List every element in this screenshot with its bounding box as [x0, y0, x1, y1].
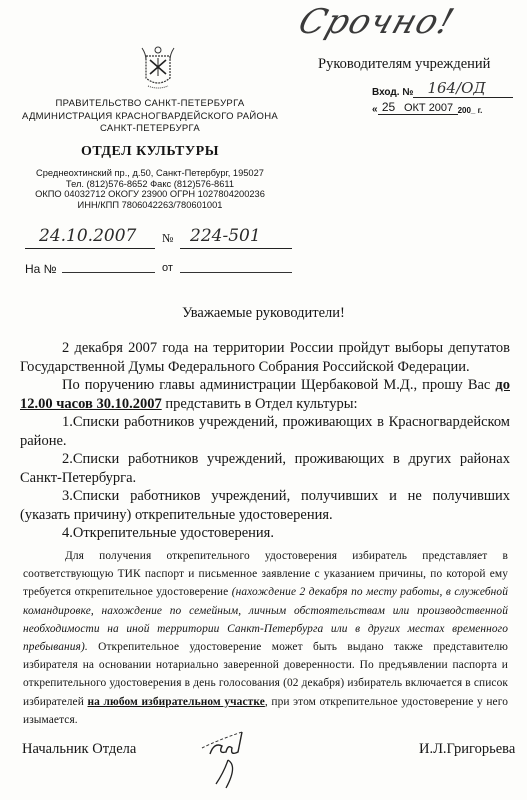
phone-fax: Тел. (812)576-8652 Факс (812)576-8611: [0, 179, 300, 190]
reply-to-label: На №: [25, 262, 57, 276]
contact-block: Среднеохтинский пр., д.50, Санкт-Петербу…: [0, 168, 300, 210]
absentee-certificate-note: Для получения открепительного удостовере…: [23, 547, 508, 729]
handwritten-urgent-note: Срочно!: [294, 2, 460, 42]
coat-of-arms-icon: [138, 42, 178, 92]
list-item-3: 3.Списки работников учреждений, получивш…: [20, 487, 510, 524]
signatory-name: И.Л.Григорьева: [419, 741, 515, 758]
signatory-title: Начальник Отдела: [22, 741, 136, 758]
org-line-administration: АДМИНИСТРАЦИЯ КРАСНОГВАРДЕЙСКОГО РАЙОНА: [0, 111, 300, 122]
outgoing-date-field: 24.10.2007: [25, 226, 155, 249]
outgoing-number-label: №: [162, 231, 173, 246]
address: Среднеохтинский пр., д.50, Санкт-Петербу…: [0, 168, 300, 179]
incoming-stamp: Вход. № 164/ОД « 25 ОКТ 2007 200_ г.: [372, 81, 513, 115]
outgoing-number-field: 224-501: [180, 226, 292, 249]
reply-from-field: [180, 272, 292, 273]
reply-to-field: [62, 272, 155, 273]
inn-kpp: ИНН/КПП 7806042263/780601001: [0, 200, 300, 211]
org-line-government: ПРАВИТЕЛЬСТВО САНКТ-ПЕТЕРБУРГА: [0, 98, 300, 109]
stamp-label: Вход. №: [372, 87, 413, 98]
signature-icon: [198, 726, 263, 791]
org-line-city: САНКТ-ПЕТЕРБУРГА: [0, 123, 300, 134]
stamp-number: 164/ОД: [413, 79, 513, 98]
paragraph-elections: 2 декабря 2007 года на территории России…: [20, 339, 510, 376]
department-name: ОТДЕЛ КУЛЬТУРЫ: [0, 144, 300, 160]
stamp-month-year: ОКТ 2007: [400, 102, 458, 115]
stamp-year-suffix: 200_ г.: [458, 106, 483, 115]
list-item-1: 1.Списки работников учреждений, проживаю…: [20, 413, 510, 450]
any-polling-station: на любом избирательном участке: [88, 696, 265, 708]
registry-codes: ОКПО 04032712 ОКОГУ 23900 ОГРН 102780420…: [0, 189, 300, 200]
list-item-2: 2.Списки работников учреждений, проживаю…: [20, 450, 510, 487]
greeting: Уважаемые руководители!: [0, 305, 527, 322]
list-item-4: 4.Открепительные удостоверения.: [20, 524, 510, 543]
reply-from-label: от: [162, 262, 173, 274]
paragraph-request: По поручению главы администрации Щербако…: [20, 376, 510, 413]
stamp-day: 25: [378, 100, 400, 115]
letter-body: 2 декабря 2007 года на территории России…: [20, 339, 510, 543]
addressee: Руководителям учреждений: [318, 56, 490, 73]
